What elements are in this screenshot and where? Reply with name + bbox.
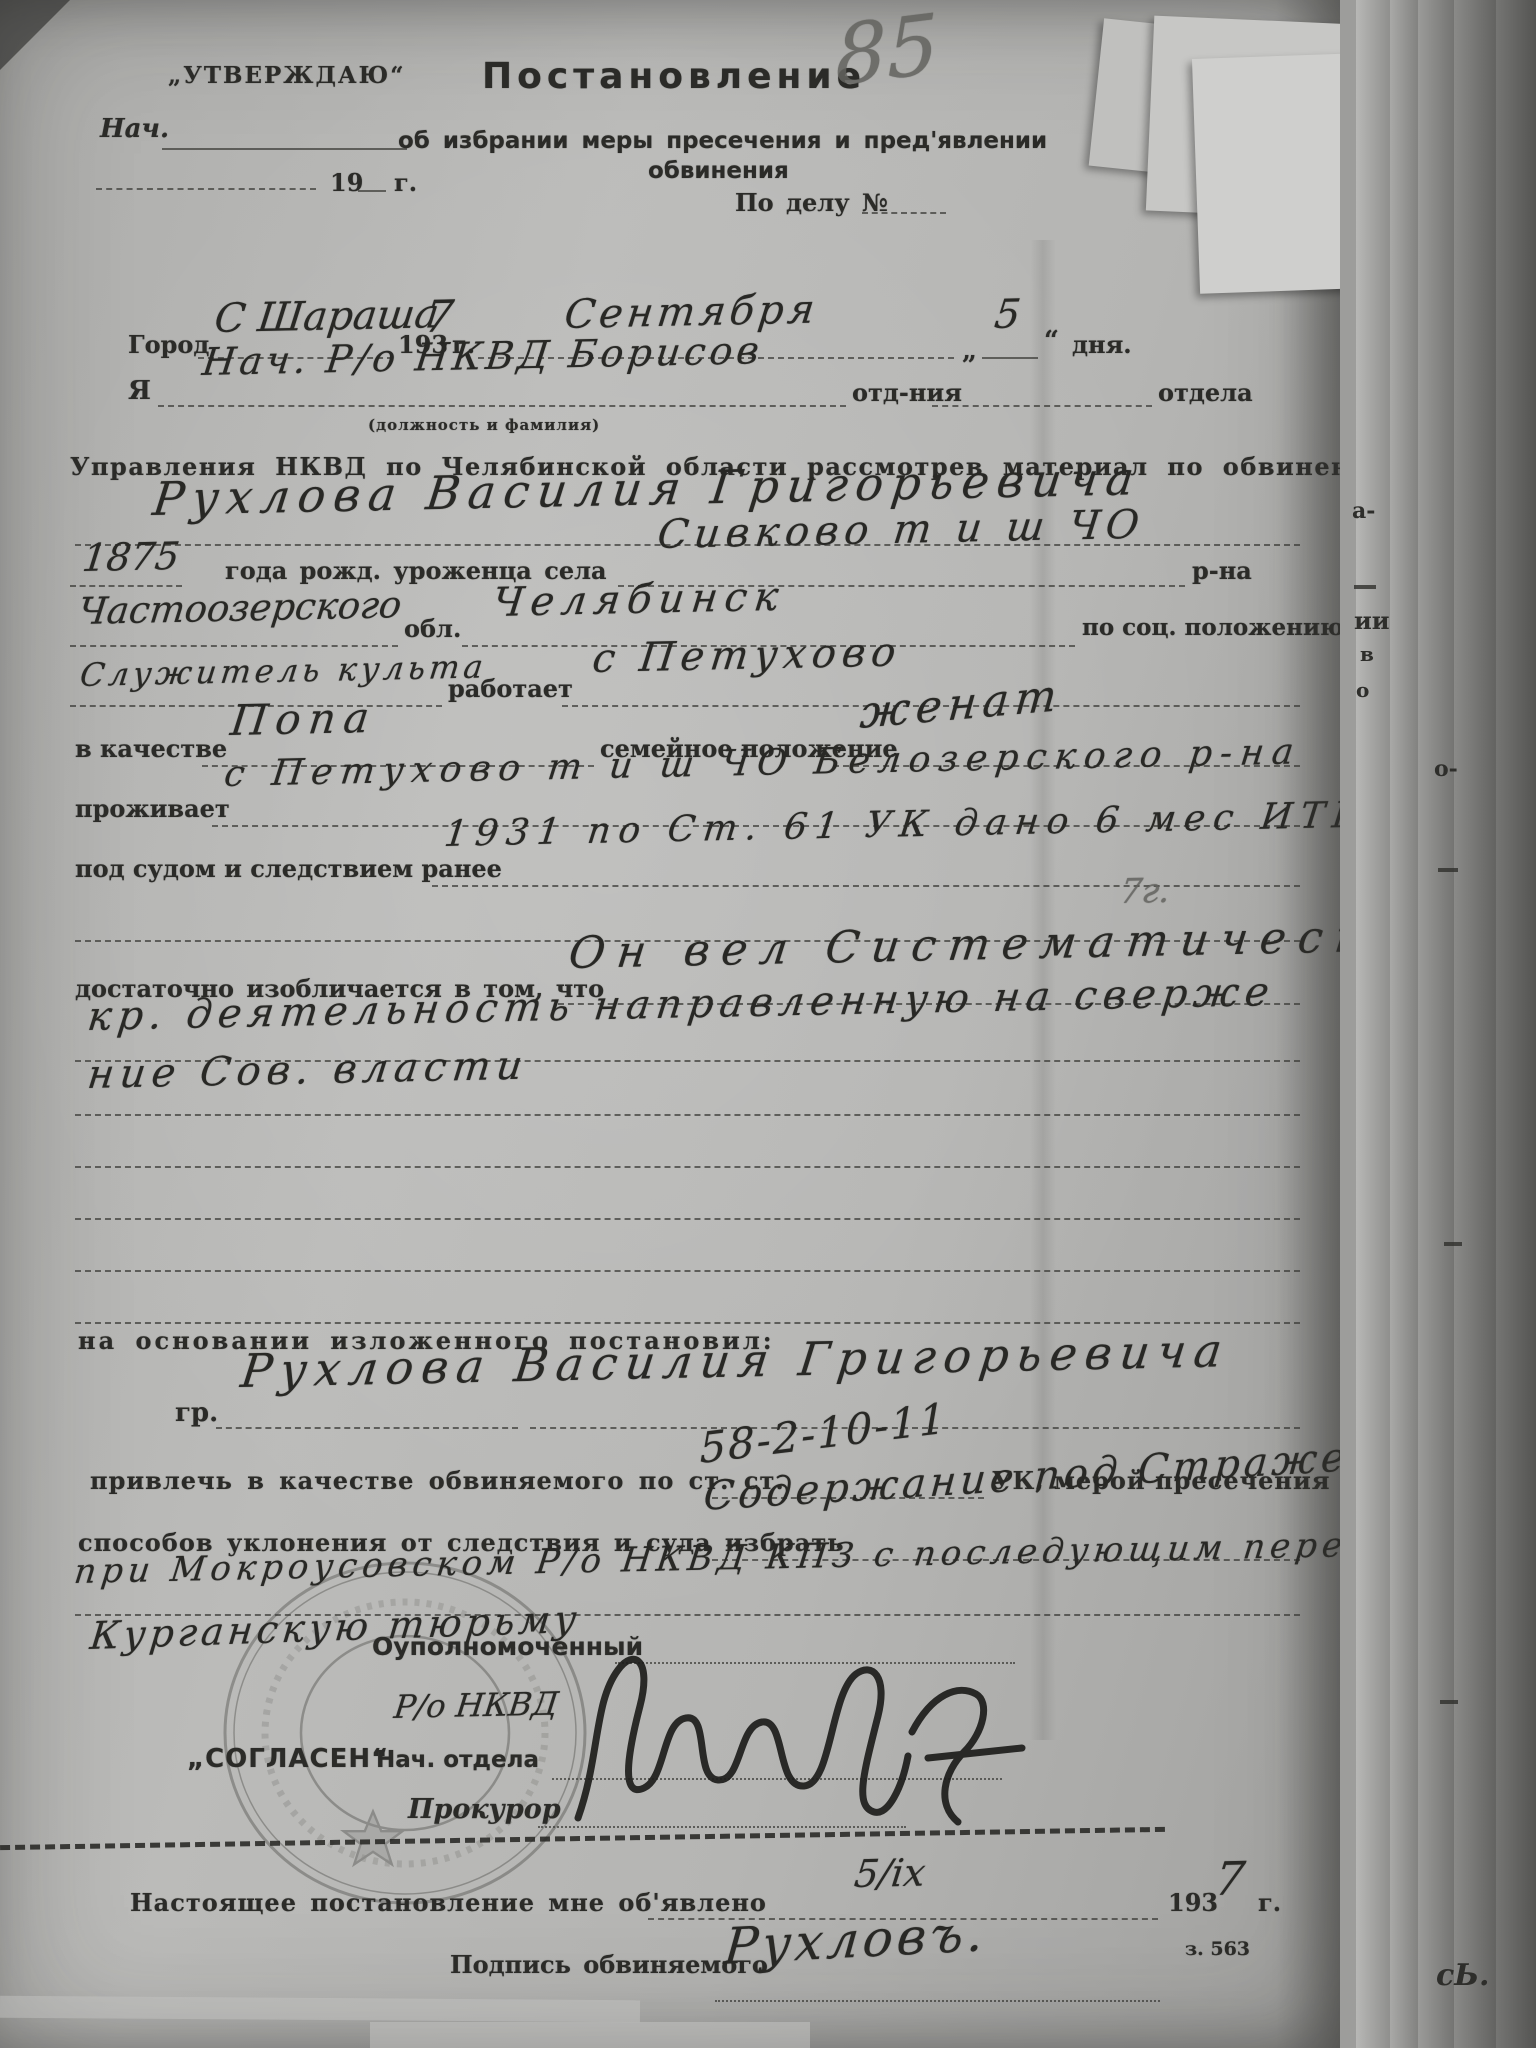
blank-line: [715, 2000, 1160, 2002]
day-label: дня.: [1072, 330, 1132, 359]
otdnia-label: отд-ния: [852, 378, 962, 407]
ink-mark: [1440, 1700, 1458, 1704]
blank-line: [75, 1218, 1300, 1220]
prosecutor-label: Прокурор: [408, 1794, 561, 1825]
blank-line: [75, 1114, 1300, 1116]
accused-signature-label: Подпись обвиняемого: [450, 1950, 768, 1979]
photo-of-document: { "doc": { "top": { "approve": "„УТВЕРЖД…: [0, 0, 1536, 2048]
form-number: з. 563: [1185, 1938, 1250, 1960]
city-label: Город: [128, 330, 209, 359]
accusation-line3-handwritten: ние Сов. власти: [85, 1043, 531, 1098]
subtitle-line1: об избрании меры пресечения и пред'явлен…: [398, 128, 1047, 154]
ink-mark: [1354, 585, 1376, 589]
blank-line: [70, 645, 398, 647]
edge-text-fragment: а-: [1352, 498, 1375, 524]
edge-text-fragment: о-: [1434, 756, 1458, 782]
footer-year-digit-handwritten: 7: [1212, 1851, 1248, 1906]
chief-dept-label: Нач. отдела: [376, 1747, 539, 1773]
blank-line: [538, 1826, 906, 1828]
page-edge: [1356, 0, 1390, 2048]
as-handwritten: Попа: [228, 693, 380, 745]
court-label: под судом и следствием ранее: [75, 854, 502, 883]
blank-line: [158, 405, 846, 407]
announced-date-handwritten: 5/ix: [852, 1850, 928, 1896]
page-stack-edge: а- ии в о о- сЬ.: [1340, 0, 1536, 2048]
chief-signature: [560, 1636, 1030, 1836]
approve-label: „УТВЕРЖДАЮ“: [168, 62, 405, 89]
ro-handwritten: Р/о НКВД: [392, 1684, 560, 1726]
page-crease: [1030, 240, 1056, 1740]
footer-year-193: 193: [1168, 1888, 1218, 1917]
charge-label: привлечь в качестве обвиняемого по ст. с…: [90, 1466, 785, 1495]
page-edge: [1340, 0, 1356, 2048]
edge-text-fragment: о: [1356, 678, 1369, 702]
document-page: „УТВЕРЖДАЮ“ Нач. 19 г. Постановление 85 …: [0, 0, 1348, 2048]
announced-label: Настоящее постановление мне об'явлено: [130, 1888, 767, 1917]
court-handwritten: 1931 по Ст. 61 УК дано 6 мес ИТР: [442, 795, 1367, 855]
case-number-pencil: 85: [834, 0, 939, 105]
day-handwritten: 5: [992, 291, 1023, 338]
birth-village-handwritten: Сивково т и ш ЧО: [655, 502, 1148, 558]
underlying-page-edge: [0, 1996, 640, 2022]
i-label: Я: [128, 376, 151, 406]
blank-line: [162, 148, 407, 150]
chief-label: Нач.: [100, 114, 169, 144]
gr-label: гр.: [175, 1398, 218, 1428]
blank-line: [216, 1427, 518, 1429]
subtitle-line2: обвинения: [648, 158, 789, 184]
works-label: работает: [448, 674, 573, 703]
obl-label: обл.: [404, 614, 461, 643]
page-edge-shadow: [1276, 0, 1348, 2048]
rna-label: р-на: [1192, 556, 1252, 585]
underlying-page-edge: [370, 2022, 810, 2048]
birth-year-handwritten: 1875: [80, 534, 182, 580]
blank-line: [862, 212, 946, 214]
page-edge: [1496, 0, 1536, 2048]
edge-text-fragment: сЬ.: [1436, 1958, 1489, 1993]
page-edge: [1390, 0, 1418, 2048]
page-edge: [1454, 0, 1496, 2048]
otdela-label: отдела: [1158, 378, 1253, 407]
pencil-fragment: 7г.: [1118, 871, 1172, 912]
blank-line: [75, 1166, 1300, 1168]
document-title: Постановление: [482, 56, 866, 97]
obl-handwritten: Челябинск: [490, 574, 788, 626]
blank-line: [75, 1322, 1300, 1324]
position-note: (должность и фамилия): [368, 416, 600, 434]
year-suffix: г.: [394, 168, 417, 197]
lives-label: проживает: [75, 794, 230, 823]
blank-line: [70, 585, 182, 587]
quote-open: „: [962, 336, 977, 366]
district-handwritten: Частоозерского: [76, 583, 404, 633]
ink-mark: [1444, 1242, 1462, 1246]
page-edge: [1418, 0, 1454, 2048]
year-prefix: 19: [330, 168, 363, 197]
ink-mark: [1438, 868, 1458, 872]
photo-corner-shadow: [0, 0, 70, 70]
social-handwritten: Служитель культа: [78, 647, 489, 694]
edge-text-fragment: ии: [1354, 606, 1390, 635]
agree-label: „СОГЛАСЕН“: [187, 1744, 389, 1774]
blank-line: [75, 1270, 1300, 1272]
blank-line: [96, 188, 316, 190]
as-label: в качестве: [75, 734, 227, 763]
works-handwritten: с Петухово: [590, 629, 904, 682]
blank-line: [358, 190, 386, 192]
edge-text-fragment: в: [1360, 642, 1374, 666]
